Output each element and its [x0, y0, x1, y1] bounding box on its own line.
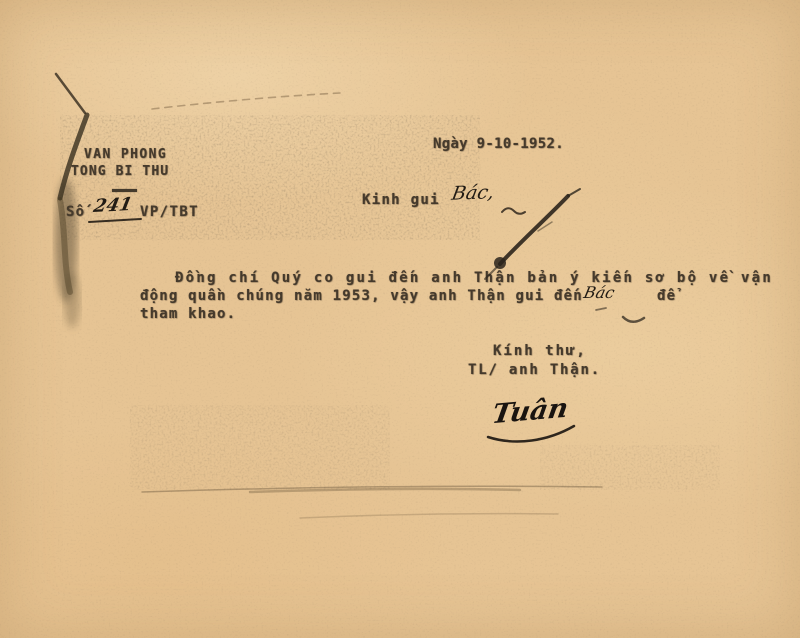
- closing-salute: Kính thư,: [493, 344, 587, 358]
- page-speckle-texture: [0, 0, 800, 638]
- lower-smudge-line-2: [250, 489, 520, 492]
- pen-slash-blot: [494, 257, 506, 269]
- ink-marks-layer: [0, 0, 800, 638]
- bottom-left-dirt-patch: [130, 405, 390, 490]
- margin-dash-mark: [596, 308, 606, 310]
- fold-crease-lower-mark: [60, 115, 87, 198]
- fold-crease-upper-mark: [56, 74, 85, 113]
- reference-number-suffix: VP/TBT: [140, 205, 199, 219]
- pen-slash-tick: [568, 189, 580, 196]
- check-mark: [623, 317, 644, 322]
- closing-signoff: TL/ anh Thận.: [468, 363, 601, 377]
- body-line-2-handwritten-word: Bác: [582, 285, 616, 301]
- body-line-1: Đồng chí Quý co gui đến anh Thận bản ý k…: [175, 271, 773, 285]
- salutation-handwritten: Bác,: [450, 183, 496, 203]
- body-line-2: động quần chúng năm 1953, vậy anh Thận g…: [140, 289, 583, 303]
- lower-smudge-line-1: [142, 486, 602, 492]
- pen-scratch-mark: [538, 222, 552, 231]
- letterhead-office-name: VAN PHONG: [84, 148, 167, 161]
- paper-grain-layer: [0, 0, 800, 638]
- salutation-typed: Kinh gui: [362, 193, 440, 207]
- letterhead-office-title: TONG BI THU: [71, 165, 169, 178]
- handwritten-signature: Tuân: [490, 395, 570, 428]
- pen-slash-mark: [500, 196, 568, 264]
- body-line-3: tham khao.: [140, 307, 236, 321]
- date-line: Ngày 9-10-1952.: [433, 137, 564, 151]
- scanned-letter-page: VAN PHONG TONG BI THU Số 241 VP/TBT Ngày…: [0, 0, 800, 638]
- reference-number-handwritten: 241: [92, 196, 134, 216]
- body-line-2-end: để: [657, 289, 676, 303]
- reference-number-prefix: Số: [66, 205, 85, 219]
- reference-number-underline: [89, 219, 141, 222]
- salutation-squiggle-mark: [502, 208, 525, 214]
- left-fold-smudge: [55, 178, 77, 302]
- left-fold-smudge-lower: [64, 272, 80, 328]
- lower-smudge-line-3: [300, 514, 558, 518]
- bottom-right-dirt-patch: [540, 445, 720, 490]
- letterhead-rule: [112, 189, 137, 192]
- top-crease-faint-line: [152, 93, 340, 109]
